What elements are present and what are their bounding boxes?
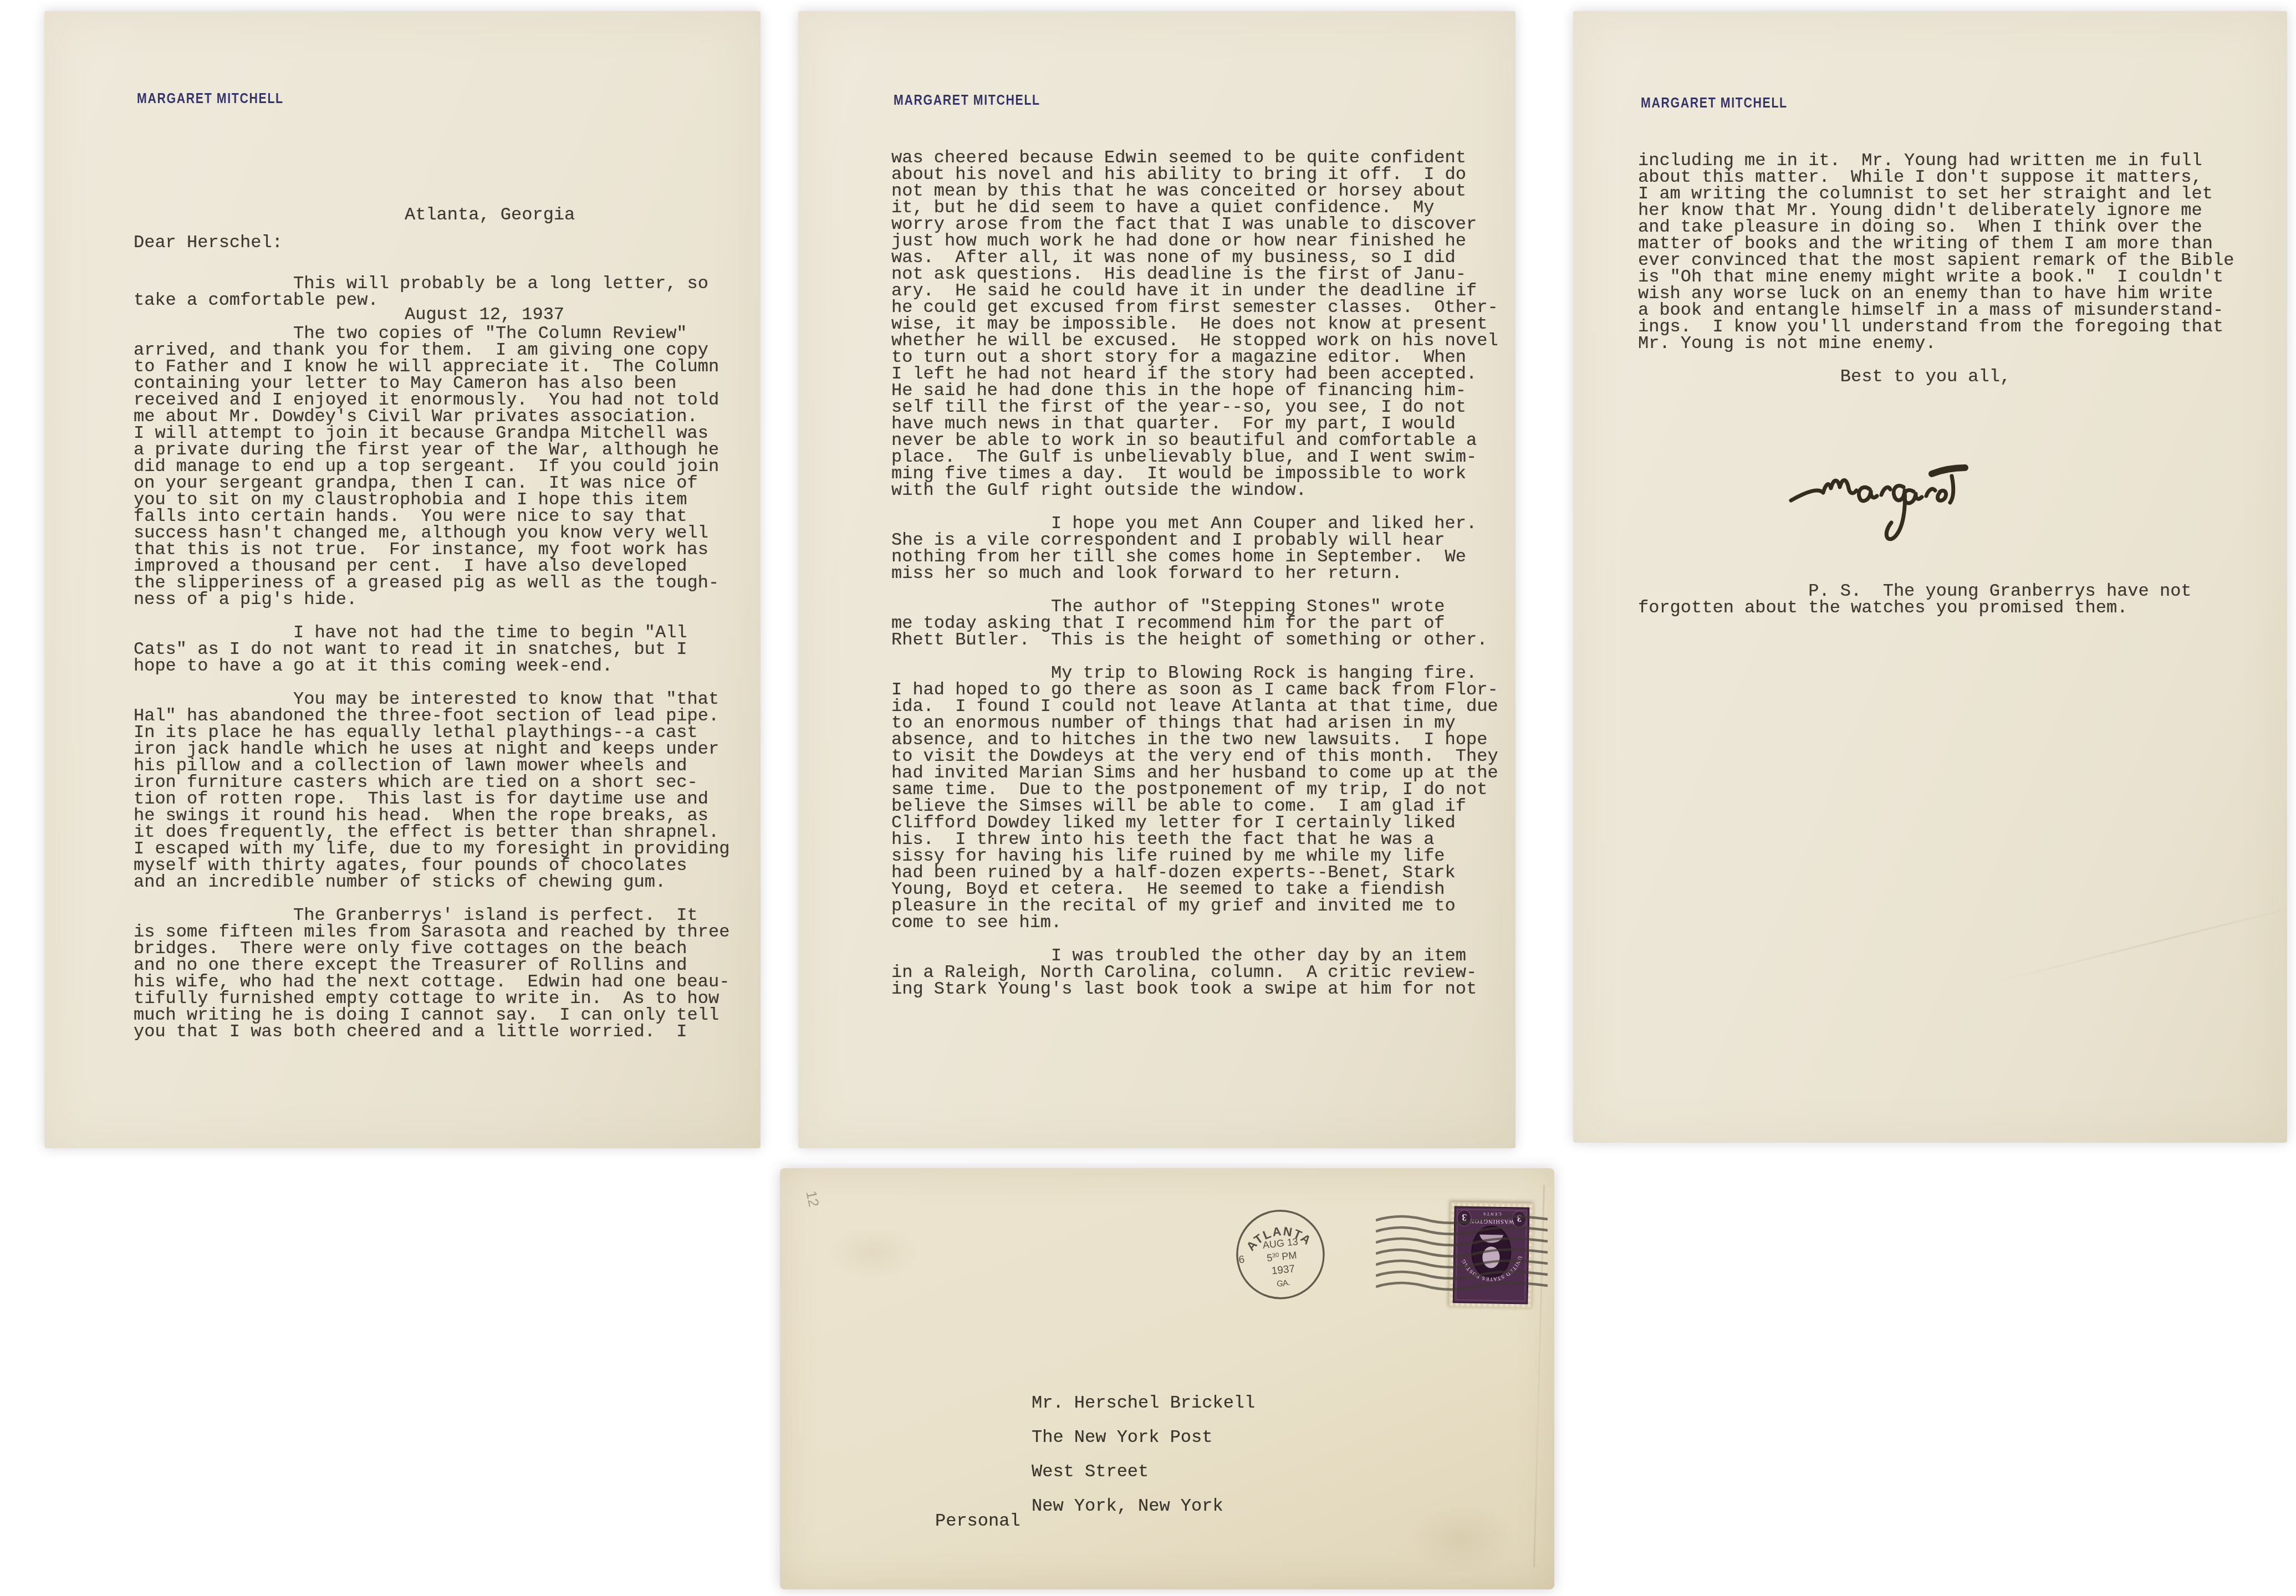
letterhead: MARGARET MITCHELL [894, 91, 1040, 109]
postmark-duplex-number: 6 [1238, 1254, 1246, 1266]
letter-body-page-3: including me in it. Mr. Young had writte… [1638, 152, 2234, 385]
salutation: Dear Herschel: [134, 234, 283, 251]
postmark: ATLANTA AUG 13 530 PM 1937 GA. 6 [1227, 1205, 1330, 1306]
letter-page-1: MARGARET MITCHELL Atlanta, Georgia Augus… [44, 11, 761, 1148]
letter-page-2: MARGARET MITCHELL was cheered because Ed… [798, 11, 1516, 1148]
postmark-state: GA. [1275, 1277, 1292, 1289]
personal-notation: Personal [935, 1511, 1021, 1531]
signature [1787, 441, 1975, 551]
postscript: P. S. The young Granberrys have not forg… [1638, 583, 2192, 616]
address-line: The New York Post [1032, 1420, 1255, 1455]
postmark-year: 1937 [1271, 1263, 1295, 1277]
letter-body-page-1: This will probably be a long letter, so … [134, 275, 729, 1040]
cancellation-lines [1376, 1214, 1548, 1291]
svg-text:GA.: GA. [1275, 1277, 1292, 1289]
postmark-time: 530 PM [1266, 1250, 1297, 1264]
letter-body-page-2: was cheered because Edwin seemed to be q… [891, 150, 1498, 997]
envelope-address: Mr. Herschel Brickell The New York Post … [1032, 1386, 1255, 1523]
pencil-notation: 12 [802, 1189, 822, 1209]
letterhead: MARGARET MITCHELL [1641, 94, 1788, 111]
address-line: New York, New York [1032, 1489, 1255, 1523]
place-line: Atlanta, Georgia [405, 198, 575, 232]
envelope: 12 ATLANTA AUG 13 530 PM 1937 GA. 6 [780, 1168, 1554, 1589]
letter-page-3: MARGARET MITCHELL including me in it. Mr… [1573, 11, 2287, 1143]
scanned-letter-and-envelope: { "letterhead": "MARGARET MITCHELL", "pa… [0, 0, 2296, 1596]
address-line: West Street [1032, 1455, 1255, 1489]
letterhead: MARGARET MITCHELL [137, 90, 284, 107]
address-line: Mr. Herschel Brickell [1032, 1386, 1255, 1420]
